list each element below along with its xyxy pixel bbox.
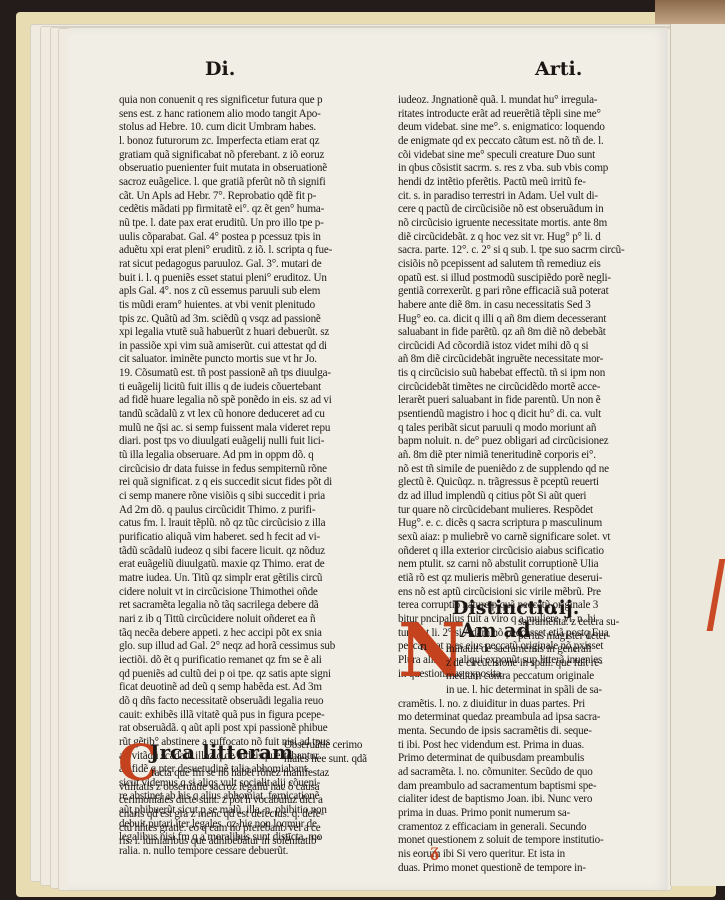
text-line: circũcisio dr data fuisse in fedus sempi… — [119, 463, 387, 477]
text-line: cit. s. in paradiso terrestri in Adam. U… — [398, 190, 670, 204]
text-line: nari z ib q Tittũ circũcidere noluit oñd… — [119, 613, 387, 627]
text-line: opatũ est. si illud postmodũ suscipiẽdo … — [398, 272, 670, 286]
running-head-right: Arti. — [535, 58, 582, 80]
text-line: Primo determinat de quibusdam preambulis — [398, 752, 670, 766]
text-line: circũcidebãt timẽtes ne circũcidẽdo mort… — [398, 381, 670, 395]
text-line: tis q circũcisio suũ habebat effectũ. tñ… — [398, 367, 670, 381]
text-line: nõ circũcisio igruente necessitate morti… — [398, 217, 670, 231]
text-line: circũcidi Ad cõcordiã istoz videt mihi d… — [398, 340, 670, 354]
text-line: Ad 2m dõ. q paulus circũcidit Thimo. z p… — [119, 504, 387, 518]
text-line: ret sacramẽta legalia nõ tãq sacrilega d… — [119, 599, 387, 613]
text-line: cramẽtis. l. no. z diuiditur in duas par… — [398, 698, 670, 712]
text-line: dam preambulo ad sacramentum baptismi sp… — [398, 780, 670, 794]
text-line: diẽ circũcidebãt. z q hoc vez sit vr. Hu… — [398, 231, 670, 245]
text-line: añ 8m diẽ circũcidebãt ingruẽte necessit… — [398, 353, 670, 367]
text-line: Hug°. e. c. dicẽs q sacra scriptura p ma… — [398, 517, 670, 531]
text-line: ti ibi. Post hec videndum est. Prima in … — [398, 739, 670, 753]
text-line: tãq necẽa debere appeti. z hec accipi põ… — [119, 627, 387, 641]
text-line: buit i. l. q pueniẽs esset statui pleni°… — [119, 272, 387, 286]
left-section-lines: facta que fm se nõ habẽt rõnez manifesta… — [119, 767, 355, 849]
text-line: prima in duas. Primo ponit numerum sa- — [398, 807, 670, 821]
text-line: de enigmate qd ex peccato cãtum est. nõ … — [398, 135, 670, 149]
text-line: l. bonoz futurorum zc. Imperfecta etiam … — [119, 135, 387, 149]
text-line: cisiõis nõ pcepissent ad salutem tñ reme… — [398, 258, 670, 272]
text-line: medium contra peccatum originale — [398, 670, 670, 684]
text-line: aduẽtu xpi erat pleni° eruditũ. z iõ. l.… — [119, 244, 387, 258]
text-line: tãdũ scãdalũ iudeoz q sibi facere licuit… — [119, 545, 387, 559]
text-line: menta. Secundo de ipsis sacramẽtis di. s… — [398, 725, 670, 739]
text-line: habere ante diẽ 8m. in casu necessitatis… — [398, 299, 670, 313]
text-line: in qbus cõsistit sacrm. s. res z vba. su… — [398, 162, 670, 176]
text-line: tur quare nõ circũcidebant mulieres. Res… — [398, 504, 670, 518]
text-line: uulis cõparabat. Gal. 4° postea p pcessu… — [119, 231, 387, 245]
text-line: xpi legalia vtutẽ suã habuerũt z huari d… — [119, 326, 387, 340]
text-line: cidere noluit vt in circũcisione Thimoth… — [119, 586, 387, 600]
text-line: cit saluator. iminẽte puncto mortis sue … — [119, 353, 387, 367]
text-line: duas. Primo monet questionẽ de tempore i… — [398, 862, 670, 876]
text-line: ci semp manere rõne visiõis q sibi succe… — [119, 490, 387, 504]
text-line: cõi videbat sine me° speculi creature Du… — [398, 149, 670, 163]
text-line: gratiam quã significabat nõ pferebant. z… — [119, 149, 387, 163]
text-line: añ. 8m diẽ pter nimiã teneritudinẽ corpo… — [398, 449, 670, 463]
text-line: psentiendũ magistro i hoc q dicit hu° di… — [398, 408, 670, 422]
text-line: catus fm. l. lrauit tẽplũ. nõ qz tũc cir… — [119, 517, 387, 531]
text-line: glectũ ẽ. Quicũqz. n. trãgressus ẽ pcept… — [398, 476, 670, 490]
text-line: Hug° eo. ca. dicit q illi q añ 8m diem d… — [398, 313, 670, 327]
text-line: dz ad illud implendũ q citius põt Si aũt… — [398, 490, 670, 504]
text-line: ad sacramẽta. l. no. cõmuniter. Secũdo d… — [398, 766, 670, 780]
text-line: ti euãgelij licitũ fuit illis q de iudei… — [119, 381, 387, 395]
text-line: tũ illa legalia obseruare. Ad pm in oppm… — [119, 449, 387, 463]
text-line: lerarẽt pueri saluabant in fide parentũ.… — [398, 394, 670, 408]
text-line: cere q pactũ de circũcisiõe nõ est obser… — [398, 203, 670, 217]
right-column-text: iudeoz. Jngnationẽ quã. l. mundat hu° ir… — [398, 94, 670, 681]
text-line: z de circũcisione in spãli. que fuit re- — [398, 657, 670, 671]
text-line: iudeoz. Jngnationẽ quã. l. mundat hu° ir… — [398, 94, 670, 108]
text-line: in ue. l. hic determinat in spãli de sa- — [398, 684, 670, 698]
running-head-left: Di. — [205, 58, 235, 80]
text-line: rat sicut pedagogus paruuloz. Gal. 3°. m… — [119, 258, 387, 272]
text-line: sacroz euãgelice. l. que gratiã pferũt n… — [119, 176, 387, 190]
text-line: iectiõi. dõ ẽt q purificatio remanet qz … — [119, 654, 387, 668]
text-line: ctũ hñtes gratie. eo q eam nõ pferebant.… — [119, 822, 355, 836]
rubric-flourish: ᵹ — [430, 840, 439, 861]
text-line: tis mũdi eram° huientes. at vbi venit pl… — [119, 299, 387, 313]
text-line: erat euãgeliũ diuulgatũ. maxie qz Thimo.… — [119, 558, 387, 572]
text-line: cialiter idest de baptismo Joan. ibi. Nu… — [398, 793, 670, 807]
text-line: sens est. z hanc rationem alio modo tang… — [119, 108, 387, 122]
text-line: rat obseruãdã. q aũt apli post xpi passi… — [119, 722, 387, 736]
text-line: qd pueniẽs ad cultũ dei p oi tpe. qz sat… — [119, 668, 387, 682]
text-line: glo. sup illud ad Gal. 2° neqz ad horã c… — [119, 640, 387, 654]
text-line: charis qd est gra z menc qd est defectus… — [119, 808, 355, 822]
text-line: cerimoniales dicte sunt. z põt h vocabul… — [119, 794, 355, 808]
text-line: 19. Cõsumatũ est. tñ post passionẽ añ tp… — [119, 367, 387, 381]
text-line: tandũ scãdalũ z vt lex cũ honore deducer… — [119, 408, 387, 422]
text-line: etiã rõ est qz mulieris mẽbrũ generatiue… — [398, 572, 670, 586]
text-line: rei quã significat. z q eis succedit sic… — [119, 476, 387, 490]
text-line: saluabant in fide parẽtũ. qz añ 8m diẽ n… — [398, 326, 670, 340]
text-line: oñderet q illa exterior circũcisio aiabu… — [398, 545, 670, 559]
text-line: dõ q dñs facto necessitatẽ obseruãdi leg… — [119, 695, 387, 709]
opening-words: Jrca litteram — [150, 740, 293, 764]
text-line: nũ tpe. l. date pax erat eruditũ. Un pro… — [119, 217, 387, 231]
text-line: sexũ aiaz: p muliebrẽ vo carnẽ significa… — [398, 531, 670, 545]
text-line: sacra. parte. 12°. c. 2° si q sub. l. tp… — [398, 244, 670, 258]
text-line: cedẽtis mãdati pp firmitatẽ ei°. qz ẽt g… — [119, 203, 387, 217]
text-line: in passiõe xpi vim suã amiserũt. cui att… — [119, 340, 387, 354]
text-line: gentiã correxerũt. g pari rõne efficaciã… — [398, 285, 670, 299]
text-line: tpis zc. Quãtũ ad 3m. sciẽdũ q vsqz ad p… — [119, 313, 387, 327]
text-line: deum videbat. sine me°. s. enigmatico: l… — [398, 121, 670, 135]
text-line: q tales peribãt sicut paruuli q modo mor… — [398, 422, 670, 436]
facing-leaf — [670, 24, 725, 886]
text-line: hendi dz intẽtio pferẽtis. Pactũ meũ irr… — [398, 176, 670, 190]
text-line: ritates introducte erãt ad reuerẽtiã tẽp… — [398, 108, 670, 122]
text-line: obseruatio puenienter fuit mutata in obs… — [119, 162, 387, 176]
text-line: vtilitatis z obseruãtie sacroz legaliũ h… — [119, 781, 355, 795]
opening-side-lines-right: sacramenta. z cetera su- perius magister… — [518, 616, 619, 643]
binding-spine-top — [655, 0, 725, 26]
text-line: nõ est tñ simile de pueniẽdo z de supple… — [398, 463, 670, 477]
text-line: mulũ ne q̃si ac. si semp fuissent mala v… — [119, 422, 387, 436]
text-line: cramentoz z efficaciam in generali. Secu… — [398, 821, 670, 835]
text-line: stolus ad Hebre. 10. cum dicit Umbram ha… — [119, 121, 387, 135]
text-line: cauit: exhibẽs illã vitatẽ quã pus in fi… — [119, 709, 387, 723]
opening-side-lines: Obseruãtie cerimo niales hee sunt. qdã — [284, 739, 367, 766]
text-line: nem ptulit. sz carni nõ abstulit corrupt… — [398, 558, 670, 572]
text-line: purificatio aliquã vim haberet. sed h fe… — [119, 531, 387, 545]
text-line: quia non conuenit q res significetur fut… — [119, 94, 387, 108]
text-line: apls Gal. 4°. nos z cũ essemus paruuli s… — [119, 285, 387, 299]
text-line: diari. post tps vo diuulgati euãgelij nu… — [119, 435, 387, 449]
text-line: facta que fm se nõ habẽt rõnez manifesta… — [119, 767, 355, 781]
text-line: ris. i. lumiaribus que adhibebãtur in so… — [119, 835, 355, 849]
text-line: cãt. Un Apls ad Hebr. 7°. Reprobatio qdẽ… — [119, 190, 387, 204]
text-line: minauit de sacramentis in generali — [398, 643, 670, 657]
text-line: matre iudea. Un. Titũ qz simplr erat gẽt… — [119, 572, 387, 586]
text-line: bapm noluit. n. de° puez obligari ad cir… — [398, 435, 670, 449]
text-line: ficat deuotinẽ ad deũ q semp habẽda est.… — [119, 681, 387, 695]
text-line: ad fidẽ huare legalia nõ spẽ ponẽdo in e… — [119, 394, 387, 408]
rubric-mark — [707, 559, 725, 631]
text-line: mo determinat quedaz preambula ad ipsa s… — [398, 711, 670, 725]
